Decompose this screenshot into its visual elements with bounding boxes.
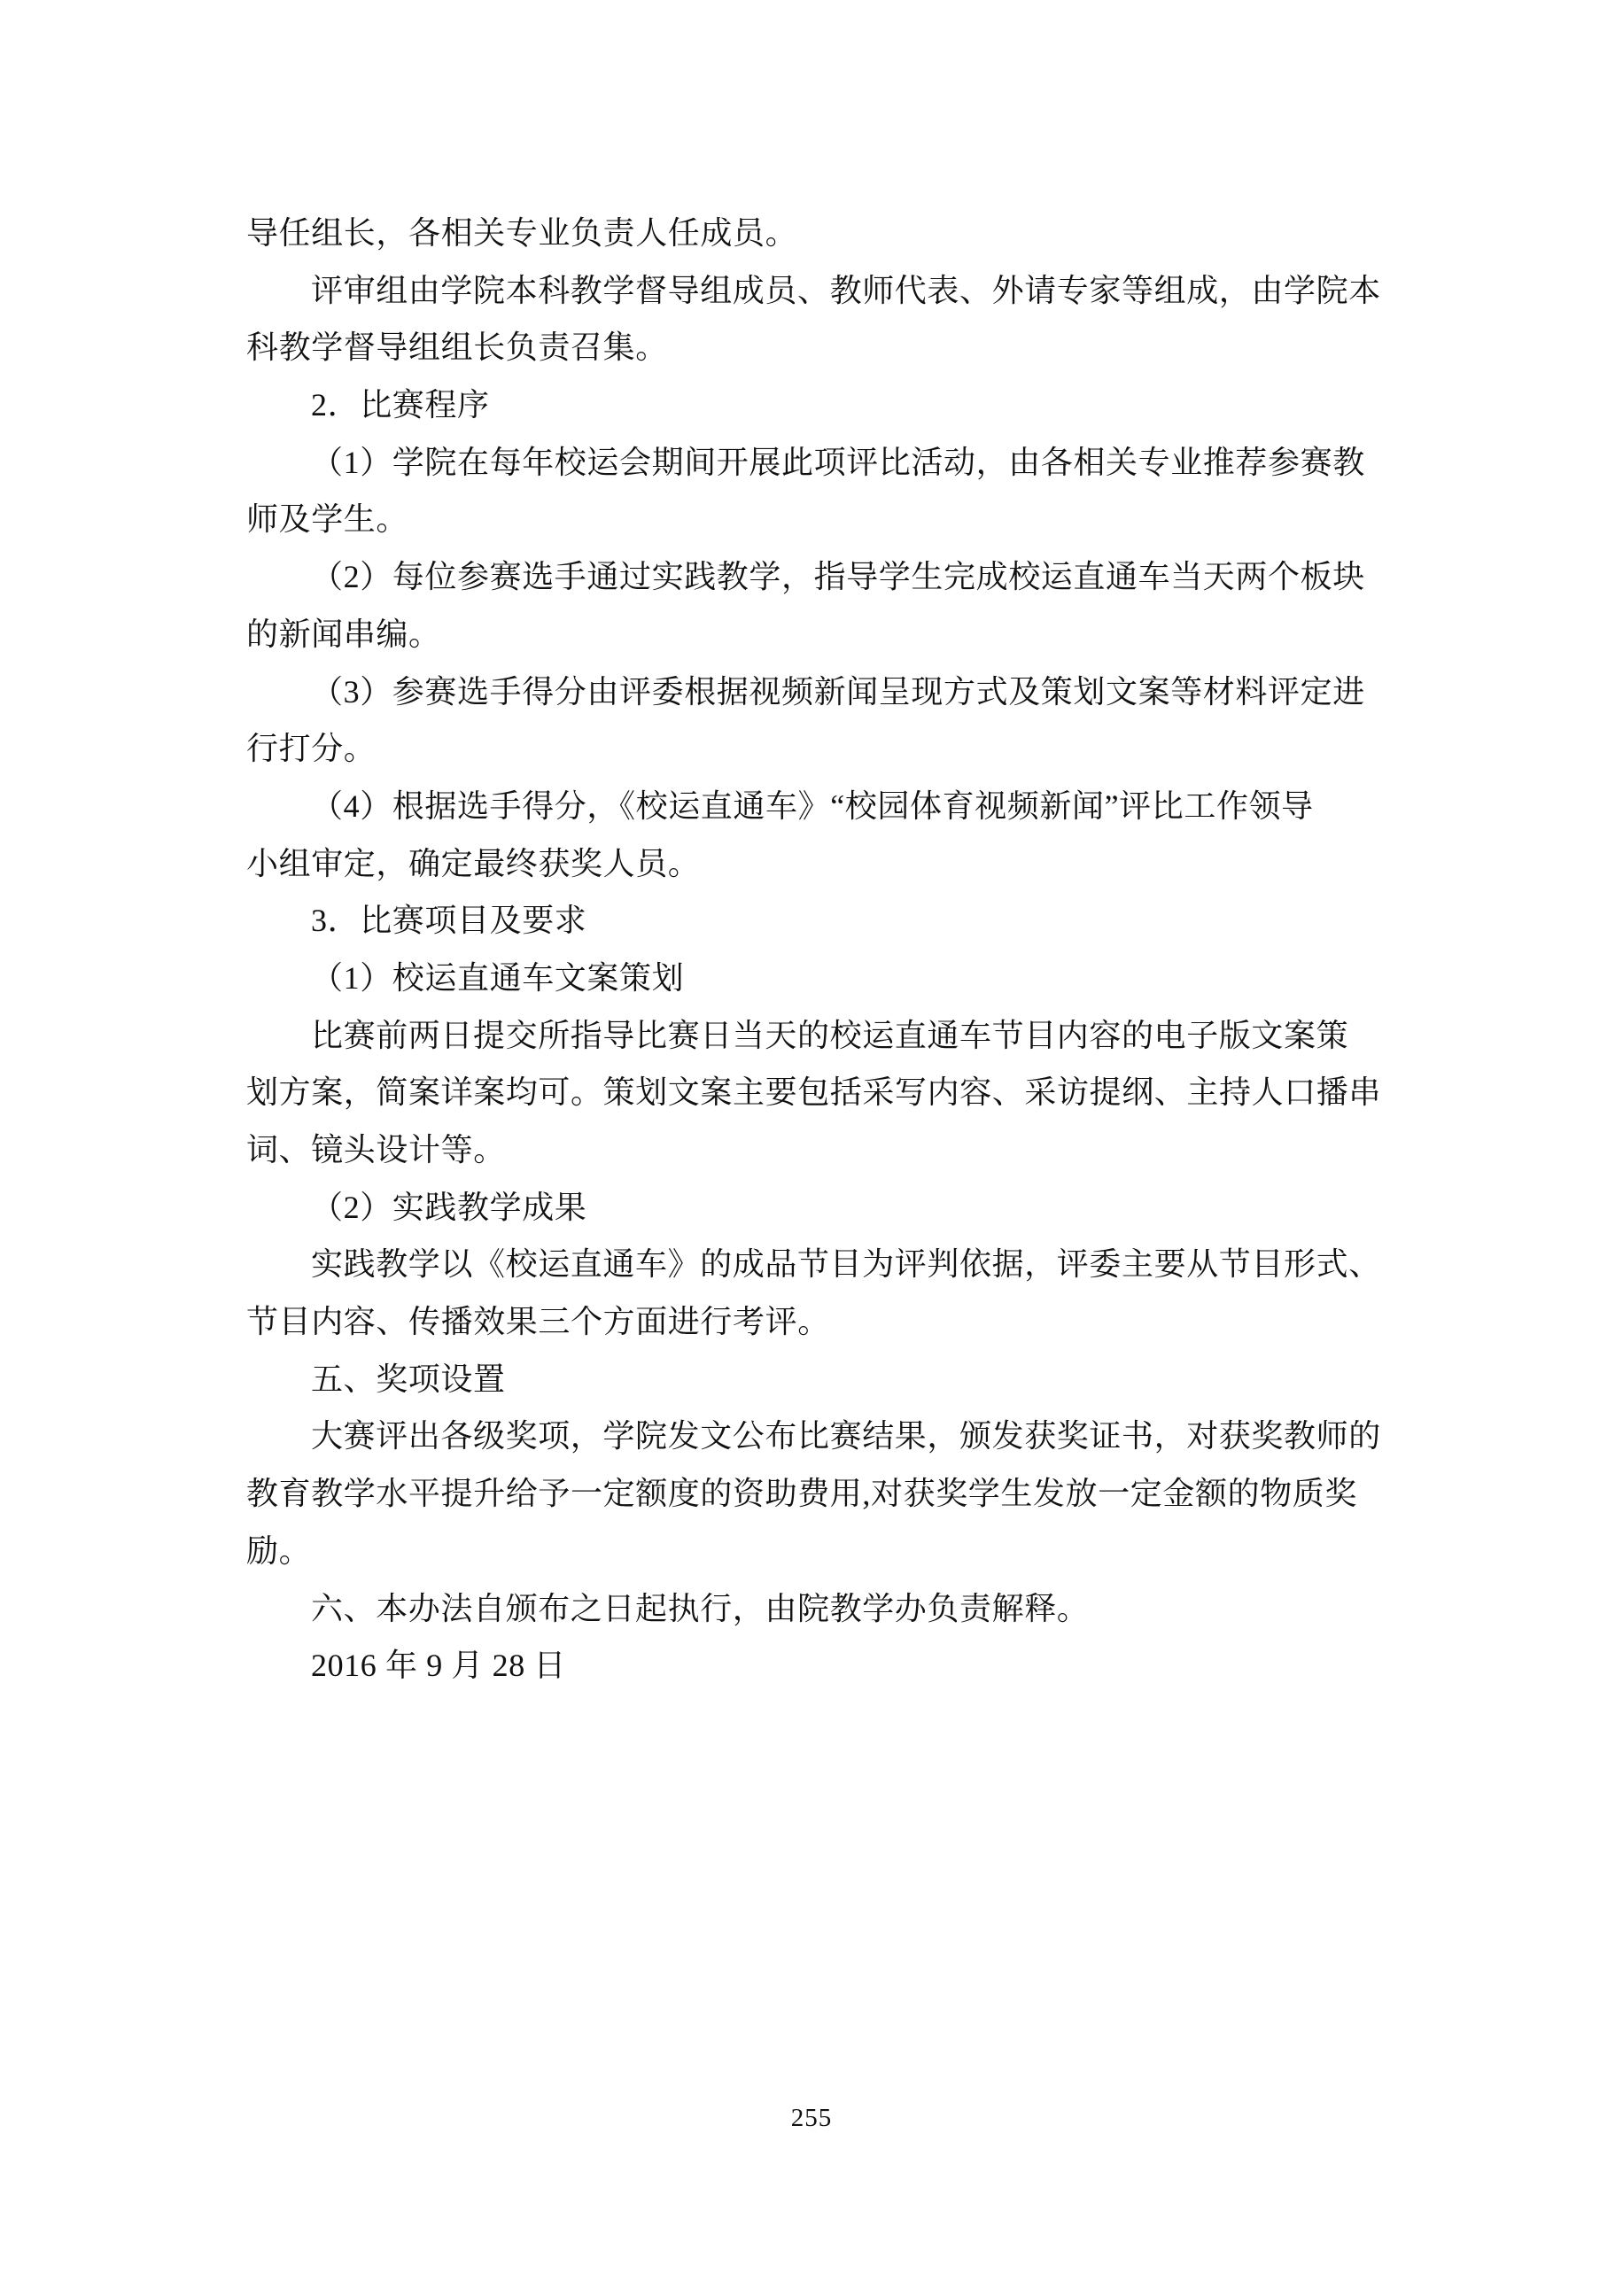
page-number: 255 [0, 2103, 1623, 2133]
text-block: 导任组长，各相关专业负责人任成员。 评审组由学院本科教学督导组成员、教师代表、外… [246, 205, 1384, 1695]
heading-line: （2）实践教学成果 [246, 1179, 1384, 1237]
text-line: 大赛评出各级奖项，学院发文公布比赛结果，颁发获奖证书，对获奖教师的 [246, 1408, 1384, 1465]
text-line: 导任组长，各相关专业负责人任成员。 [246, 205, 1384, 262]
text-line: （2）每位参赛选手通过实践教学，指导学生完成校运直通车当天两个板块 [246, 548, 1384, 606]
date-line: 2016 年 9 月 28 日 [246, 1637, 1384, 1695]
heading-line: 六、本办法自颁布之日起执行，由院教学办负责解释。 [246, 1580, 1384, 1638]
text-line: 师及学生。 [246, 491, 1384, 548]
text-line: （1）学院在每年校运会期间开展此项评比活动，由各相关专业推荐参赛教 [246, 434, 1384, 492]
document-page: 导任组长，各相关专业负责人任成员。 评审组由学院本科教学督导组成员、教师代表、外… [0, 0, 1623, 2296]
text-line: 评审组由学院本科教学督导组成员、教师代表、外请专家等组成，由学院本 [246, 262, 1384, 320]
text-line: 行打分。 [246, 720, 1384, 778]
text-line: 教育教学水平提升给予一定额度的资助费用,对获奖学生发放一定金额的物质奖 [246, 1465, 1384, 1523]
text-line: 科教学督导组组长负责召集。 [246, 319, 1384, 376]
text-line: 实践教学以《校运直通车》的成品节目为评判依据，评委主要从节目形式、 [246, 1236, 1384, 1293]
heading-line: （1）校运直通车文案策划 [246, 950, 1384, 1007]
text-line: 小组审定，确定最终获奖人员。 [246, 835, 1384, 893]
text-line: 励。 [246, 1523, 1384, 1580]
text-line: 节目内容、传播效果三个方面进行考评。 [246, 1293, 1384, 1351]
text-line: 词、镜头设计等。 [246, 1121, 1384, 1179]
heading-line: 2．比赛程序 [246, 376, 1384, 434]
text-line: 划方案，简案详案均可。策划文案主要包括采写内容、采访提纲、主持人口播串 [246, 1064, 1384, 1121]
text-line: 比赛前两日提交所指导比赛日当天的校运直通车节目内容的电子版文案策 [246, 1007, 1384, 1065]
heading-line: 五、奖项设置 [246, 1351, 1384, 1408]
text-line: （3）参赛选手得分由评委根据视频新闻呈现方式及策划文案等材料评定进 [246, 663, 1384, 721]
text-line: （4）根据选手得分，《校运直通车》“校园体育视频新闻”评比工作领导 [246, 778, 1384, 835]
heading-line: 3．比赛项目及要求 [246, 892, 1384, 950]
text-line: 的新闻串编。 [246, 606, 1384, 663]
